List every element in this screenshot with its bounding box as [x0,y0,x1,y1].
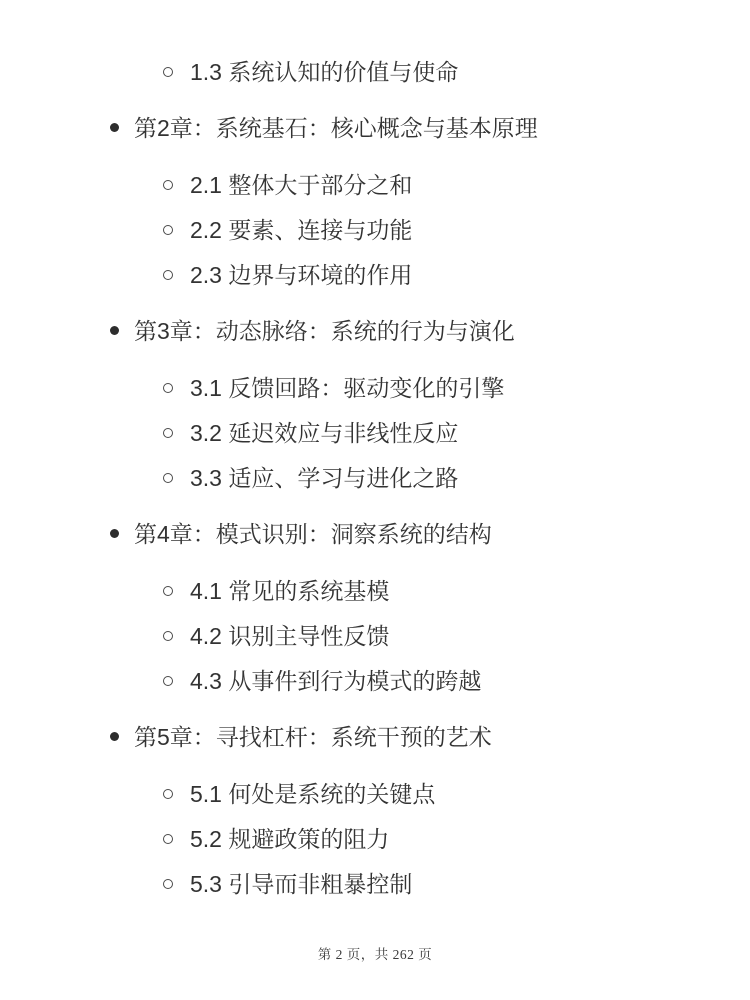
toc-section-item: 4.2 识别主导性反馈 [0,620,750,652]
toc-section-label: 2.2 要素、连接与功能 [190,217,412,243]
circle-bullet-icon [163,631,173,641]
circle-bullet-icon [163,270,173,280]
circle-bullet-icon [163,676,173,686]
toc-section-label: 3.1 反馈回路：驱动变化的引擎 [190,375,504,401]
toc-section-label: 2.3 边界与环境的作用 [190,262,412,288]
toc-chapter-item: 第3章：动态脉络：系统的行为与演化 [0,315,750,347]
circle-bullet-icon [163,383,173,393]
circle-bullet-icon [163,473,173,483]
toc-section-item: 3.2 延迟效应与非线性反应 [0,417,750,449]
toc-section-label: 4.1 常见的系统基模 [190,578,389,604]
document-page: 1.3 系统认知的价值与使命 第2章：系统基石：核心概念与基本原理 2.1 整体… [0,0,750,1000]
toc-section-item: 2.3 边界与环境的作用 [0,259,750,291]
toc-section-label: 5.1 何处是系统的关键点 [190,781,435,807]
toc-chapter-label: 第2章：系统基石：核心概念与基本原理 [134,115,538,141]
toc-chapter-item: 第2章：系统基石：核心概念与基本原理 [0,112,750,144]
toc-section-label: 1.3 系统认知的价值与使命 [190,59,458,85]
circle-bullet-icon [163,834,173,844]
toc-section-item: 5.2 规避政策的阻力 [0,823,750,855]
toc-section-item: 4.3 从事件到行为模式的跨越 [0,665,750,697]
circle-bullet-icon [163,879,173,889]
toc-chapter-item: 第5章：寻找杠杆：系统干预的艺术 [0,721,750,753]
toc-section-item: 3.3 适应、学习与进化之路 [0,462,750,494]
toc-section-item: 5.3 引导而非粗暴控制 [0,868,750,900]
toc-section-label: 4.3 从事件到行为模式的跨越 [190,668,481,694]
toc-section-item: 1.3 系统认知的价值与使命 [0,56,750,88]
disc-bullet-icon [110,123,119,132]
toc-section-item: 3.1 反馈回路：驱动变化的引擎 [0,372,750,404]
table-of-contents: 1.3 系统认知的价值与使命 第2章：系统基石：核心概念与基本原理 2.1 整体… [0,0,750,900]
toc-section-item: 4.1 常见的系统基模 [0,575,750,607]
circle-bullet-icon [163,180,173,190]
toc-section-label: 3.2 延迟效应与非线性反应 [190,420,458,446]
toc-section-label: 2.1 整体大于部分之和 [190,172,412,198]
toc-chapter-label: 第5章：寻找杠杆：系统干预的艺术 [134,724,492,750]
circle-bullet-icon [163,586,173,596]
disc-bullet-icon [110,732,119,741]
circle-bullet-icon [163,67,173,77]
toc-section-label: 4.2 识别主导性反馈 [190,623,389,649]
toc-section-item: 5.1 何处是系统的关键点 [0,778,750,810]
toc-chapter-item: 第4章：模式识别：洞察系统的结构 [0,518,750,550]
disc-bullet-icon [110,529,119,538]
toc-section-label: 3.3 适应、学习与进化之路 [190,465,458,491]
toc-chapter-label: 第4章：模式识别：洞察系统的结构 [134,521,492,547]
toc-section-item: 2.2 要素、连接与功能 [0,214,750,246]
toc-section-label: 5.3 引导而非粗暴控制 [190,871,412,897]
disc-bullet-icon [110,326,119,335]
page-number-footer: 第 2 页，共 262 页 [0,947,750,963]
circle-bullet-icon [163,225,173,235]
toc-section-item: 2.1 整体大于部分之和 [0,169,750,201]
toc-chapter-label: 第3章：动态脉络：系统的行为与演化 [134,318,515,344]
circle-bullet-icon [163,789,173,799]
circle-bullet-icon [163,428,173,438]
toc-section-label: 5.2 规避政策的阻力 [190,826,389,852]
